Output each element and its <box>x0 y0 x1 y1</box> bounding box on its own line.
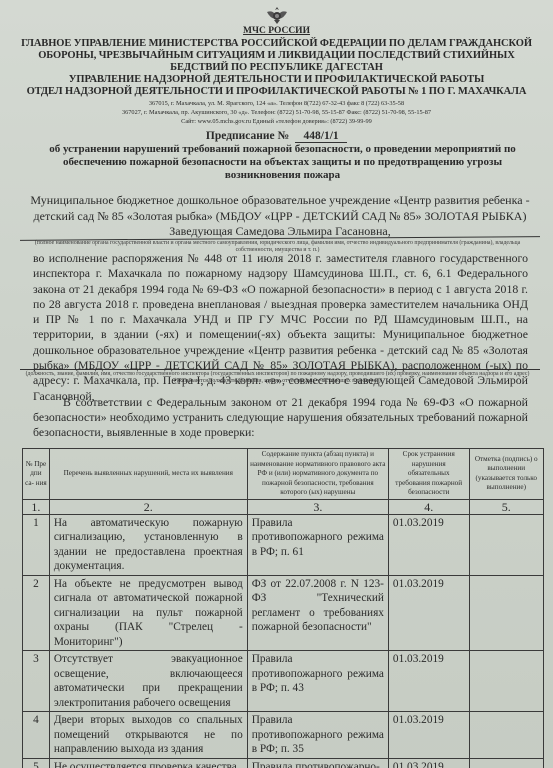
header-line: ГЛАВНОЕ УПРАВЛЕНИЕ МИНИСТЕРСТВА РОССИЙСК… <box>0 38 553 50</box>
table-row: 3 Отсутствует эвакуационное освещение, в… <box>23 651 544 712</box>
prescription-number: 448/1/1 <box>295 130 347 143</box>
violation-text: Двери вторых выходов со спальных помещен… <box>49 712 247 759</box>
table-row: 1 На автоматическую пожарную сигнализаци… <box>23 514 544 575</box>
violation-text: Отсутствует эвакуационное освещение, вкл… <box>49 651 247 712</box>
row-number: 4 <box>23 712 50 759</box>
document-page: МЧС РОССИИ ГЛАВНОЕ УПРАВЛЕНИЕ МИНИСТЕРСТ… <box>0 0 553 768</box>
prescription-label: Предписание № <box>206 130 289 142</box>
norm-text: Правила противопожарного режима в РФ; п.… <box>247 712 388 759</box>
column-number: 4. <box>388 499 469 514</box>
table-row: 4 Двери вторых выходов со спальных помещ… <box>23 712 544 759</box>
norm-text: Правила противопожарно- <box>247 758 388 768</box>
norm-text: ФЗ от 22.07.2008 г. N 123-ФЗ "Технически… <box>247 575 388 651</box>
row-number: 2 <box>23 575 50 651</box>
column-number: 5. <box>469 499 543 514</box>
agency-name: МЧС РОССИИ <box>0 26 553 36</box>
violations-intro: В соответствии с Федеральным законом от … <box>33 395 528 440</box>
table-header-row: № Пре дпи са- ния Перечень выявленных на… <box>23 449 544 500</box>
deadline: 01.03.2019 <box>388 651 469 712</box>
organization-name: Муниципальное бюджетное дошкольное образ… <box>30 193 530 240</box>
completion-mark <box>469 651 543 712</box>
prescription-title: Предписание №448/1/1 <box>0 130 553 143</box>
header-line: УПРАВЛЕНИЕ НАДЗОРНОЙ ДЕЯТЕЛЬНОСТИ И ПРОФ… <box>0 74 553 86</box>
deadline: 01.03.2019 <box>388 712 469 759</box>
header-deadline: Срок устранения нарушения обязательных т… <box>388 449 469 500</box>
contact-line: Сайт: www.05.mchs.gov.ru Единый «телефон… <box>0 118 553 126</box>
column-number-row: 1. 2. 3. 4. 5. <box>23 499 544 514</box>
divider <box>20 369 540 370</box>
violation-text: На автоматическую пожарную сигнализацию,… <box>49 514 247 575</box>
header-line: БЕДСТВИЙ ПО РЕСПУБЛИКЕ ДАГЕСТАН <box>0 62 553 74</box>
norm-text: Правила противопожарного режима в РФ; п.… <box>247 651 388 712</box>
deadline: 01.03.2019 <box>388 575 469 651</box>
header-line: ОБОРОНЫ, ЧРЕЗВЫЧАЙНЫМ СИТУАЦИЯМ И ЛИКВИД… <box>0 50 553 62</box>
violation-text: На объекте не предусмотрен вывод сигнала… <box>49 575 247 651</box>
violation-text: Не осуществляется проверка качества <box>49 758 247 768</box>
completion-mark <box>469 758 543 768</box>
completion-mark <box>469 514 543 575</box>
contact-line: 367027, г. Махачкала, пр. Акушинского, 3… <box>0 109 553 117</box>
norm-text: Правила противопожарного режима в РФ; п.… <box>247 514 388 575</box>
contact-line: 367015, г. Махачкала, ул. М. Ярагского, … <box>0 100 553 108</box>
header-norm: Содержание пункта (абзац пункта) и наиме… <box>247 449 388 500</box>
column-number: 1. <box>23 499 50 514</box>
column-number: 2. <box>49 499 247 514</box>
header-mark: Отметка (подпись) о выполнении (указывае… <box>469 449 543 500</box>
row-number: 3 <box>23 651 50 712</box>
completion-mark <box>469 575 543 651</box>
inspector-note: (должность, звание, фамилия, имя, отчест… <box>20 371 535 385</box>
mchs-emblem-icon <box>266 5 288 25</box>
violations-table: № Пре дпи са- ния Перечень выявленных на… <box>22 448 544 768</box>
prescription-subtitle: об устранении нарушений требований пожар… <box>30 143 535 182</box>
row-number: 5 <box>23 758 50 768</box>
table-row: 5 Не осуществляется проверка качества Пр… <box>23 758 544 768</box>
header-violation: Перечень выявленных нарушений, места их … <box>49 449 247 500</box>
completion-mark <box>469 712 543 759</box>
column-number: 3. <box>247 499 388 514</box>
deadline: 01.03.2019 <box>388 758 469 768</box>
deadline: 01.03.2019 <box>388 514 469 575</box>
header-number: № Пре дпи са- ния <box>23 449 50 500</box>
header-line: ОТДЕЛ НАДЗОРНОЙ ДЕЯТЕЛЬНОСТИ И ПРОФИЛАКТ… <box>0 86 553 98</box>
table-row: 2 На объекте не предусмотрен вывод сигна… <box>23 575 544 651</box>
row-number: 1 <box>23 514 50 575</box>
